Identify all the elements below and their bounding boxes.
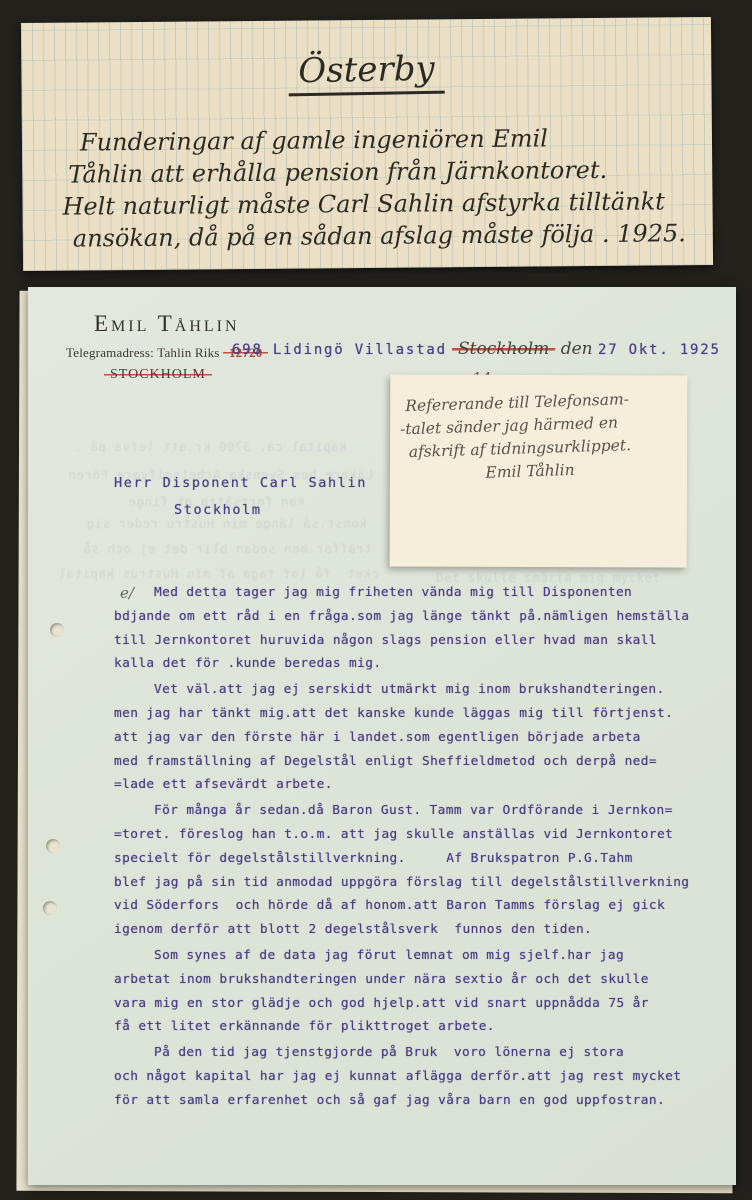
body-line: kalla det för .kunde beredas mig. [114, 652, 718, 676]
body-line: med framställning af Degelstål enligt Sh… [114, 750, 718, 774]
note-title: Österby [288, 49, 445, 97]
body-line: få ett litet erkännande för plikttroget … [114, 1015, 718, 1039]
telegram-label: Telegramadress: Tahlin Riks [66, 345, 220, 360]
punch-hole [43, 901, 57, 915]
letterhead-city-struck: STOCKHOLM [104, 367, 212, 383]
card-signature: Emil Tåhlin [485, 455, 689, 484]
body-line: och något kapital har jag ej kunnat aflä… [114, 1065, 718, 1089]
body-line: vid Söderfors och hörde då af honom.att … [114, 894, 718, 918]
punch-hole [46, 839, 60, 853]
letter-body: Med detta tager jag mig friheten vända m… [114, 579, 718, 1113]
scanned-document-page: Österby Funderingar af gamle ingeniören … [0, 0, 752, 1200]
handwritten-note-slip: Österby Funderingar af gamle ingeniören … [21, 17, 713, 271]
recipient-name: Herr Disponent Carl Sahlin [114, 475, 367, 491]
bleedthrough-text: kapital ca. 3700 kr.att lefva på . [74, 439, 347, 454]
body-line: arbetat inom brukshandteringen under när… [114, 968, 718, 992]
typewritten-letter: Löjtnant vid Flo:n. kapital ca. 3700 kr.… [28, 287, 736, 1185]
body-line: vara mig en stor glädje och god hjelp.at… [114, 992, 718, 1016]
note-title-row: Österby [21, 47, 711, 98]
body-line: Med detta tager jag mig friheten vända m… [114, 581, 718, 605]
date-line: Stockholm den 27 Okt. 1925 [452, 339, 721, 359]
bleedthrough-text: träffar.men sedan blir det ej och så [83, 541, 372, 556]
body-line: till Jernkontoret huruvida någon slags p… [114, 629, 718, 653]
body-line: att jag var den förste här i landet.som … [114, 726, 718, 750]
body-line: På den tid jag tjenstgjorde på Bruk voro… [114, 1041, 718, 1065]
body-line: =toret. föreslog han t.o.m. att jag skul… [114, 823, 718, 847]
typed-street-address: 698 Lidingö Villastad [232, 342, 447, 358]
note-line: ansökan, då på en sådan afslag måste föl… [73, 217, 713, 255]
typed-date: 27 Okt. 1925 [598, 342, 721, 358]
body-line: för att samla erfarenhet och så gaf jag … [114, 1089, 718, 1113]
body-line: specielt för degelstålstillverkning. Af … [114, 847, 718, 871]
recipient-city: Stockholm [174, 502, 262, 518]
body-line: Som synes af de data jag förut lemnat om… [114, 944, 718, 968]
body-line: =lade ett afsevärdt arbete. [114, 773, 718, 797]
punch-hole [50, 623, 64, 637]
body-line: Vet väl.att jag ej serskidt utmärkt mig … [114, 678, 718, 702]
card-text: Refererande till Telefonsam- -talet sänd… [389, 370, 689, 487]
body-line: För många år sedan.då Baron Gust. Tamm v… [114, 799, 718, 823]
printed-den: den [561, 339, 593, 359]
body-line: bdjande om ett råd i en fråga.som jag lä… [114, 605, 718, 629]
note-text: Funderingar af gamle ingeniören Emil Tåh… [22, 121, 713, 255]
body-line: men jag har tänkt mig.att det kanske kun… [114, 702, 718, 726]
body-line: blef jag på sin tid anmodad uppgöra förs… [114, 871, 718, 895]
bleedthrough-text: komst.så länge min Hustru reder sig [86, 516, 367, 531]
printed-place-struck: Stockholm [452, 339, 555, 359]
letterhead-name: Emil Tåhlin [94, 311, 240, 337]
body-line: igenom derför att blott 2 degelstålsverk… [114, 918, 718, 942]
handwritten-card: Refererande till Telefonsam- -talet sänd… [390, 374, 688, 567]
